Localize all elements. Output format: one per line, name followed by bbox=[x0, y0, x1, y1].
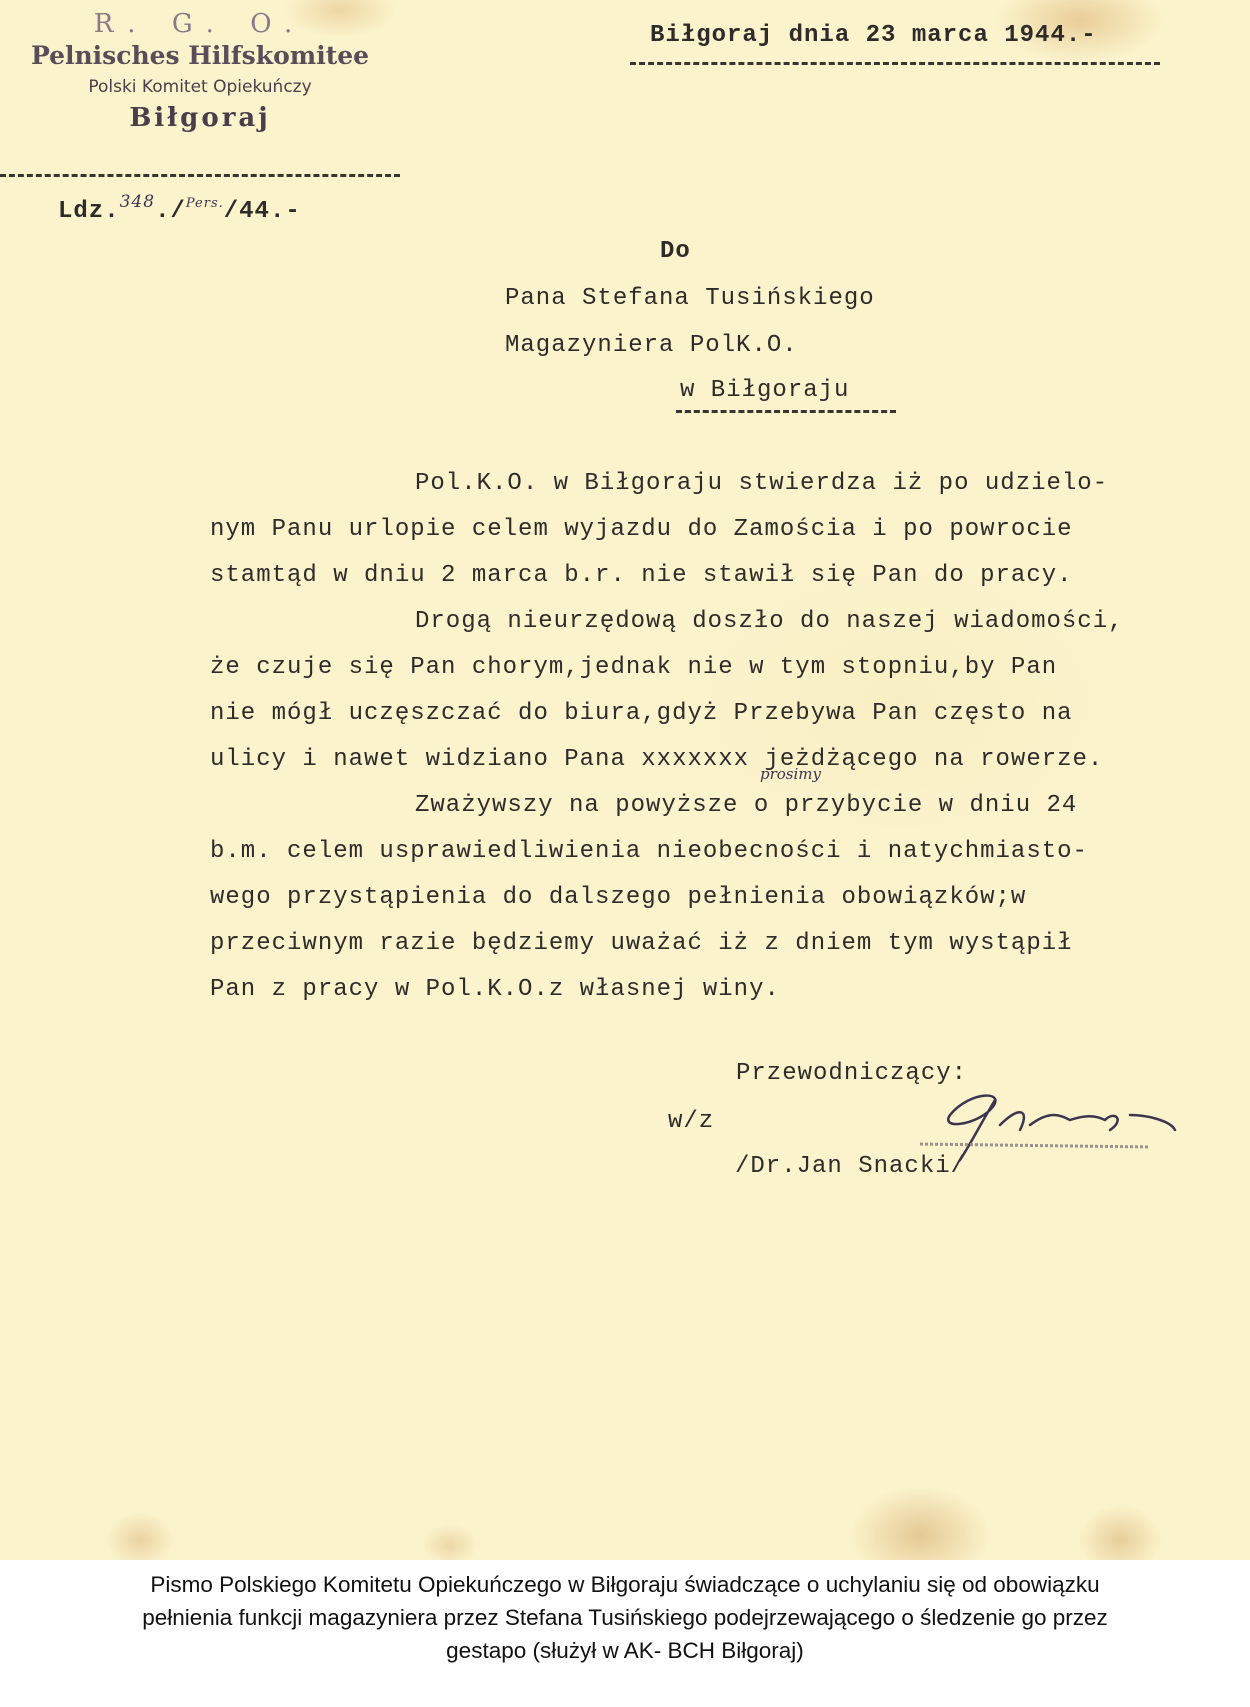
addressee-role: Magazyniera PolK.O. bbox=[505, 332, 798, 359]
body-line: Pol.K.O. w Biłgoraju stwierdza iż po udz… bbox=[415, 470, 1108, 497]
signature-icon bbox=[920, 1085, 1220, 1165]
stamp-line-rgo: R. G. O. bbox=[10, 8, 390, 40]
reference-number: Ldz.348./Pers./44.- bbox=[58, 198, 301, 225]
image-caption: Pismo Polskiego Komitetu Opiekuńczego w … bbox=[0, 1568, 1250, 1667]
stamp-line-polish: Polski Komitet Opiekuńczy bbox=[10, 72, 390, 102]
stamp-line-german: Pelnisches Hilfskomitee bbox=[10, 40, 390, 72]
caption-line: gestapo (służył w AK- BCH Biłgoraj) bbox=[0, 1634, 1250, 1667]
body-line: nym Panu urlopie celem wyjazdu do Zamośc… bbox=[210, 516, 1073, 543]
letter-scan: R. G. O. Pelnisches Hilfskomitee Polski … bbox=[0, 0, 1250, 1560]
body-line: wego przystąpienia do dalszego pełnienia… bbox=[210, 884, 1026, 911]
caption-line: pełnienia funkcji magazyniera przez Stef… bbox=[0, 1601, 1250, 1634]
committee-stamp: R. G. O. Pelnisches Hilfskomitee Polski … bbox=[10, 8, 390, 134]
body-line: stamtąd w dniu 2 marca b.r. nie stawił s… bbox=[210, 562, 1073, 589]
addressee-place: w Biłgoraju bbox=[680, 377, 849, 404]
body-line: b.m. celem usprawiedliwienia nieobecnośc… bbox=[210, 838, 1088, 865]
header-divider-left bbox=[0, 174, 400, 177]
addressee-do: Do bbox=[660, 238, 691, 265]
reference-suffix: /44.- bbox=[224, 198, 301, 225]
stamp-line-city: Biłgoraj bbox=[10, 102, 390, 134]
body-line: przeciwnym razie będziemy uważać iż z dn… bbox=[210, 930, 1073, 957]
reference-sep: ./ bbox=[155, 198, 186, 225]
caption-line: Pismo Polskiego Komitetu Opiekuńczego w … bbox=[0, 1568, 1250, 1601]
reference-prefix: Ldz. bbox=[58, 198, 120, 225]
body-line: Pan z pracy w Pol.K.O.z własnej winy. bbox=[210, 976, 780, 1003]
addressee-name: Pana Stefana Tusińskiego bbox=[505, 285, 875, 312]
addressee-underline bbox=[676, 410, 896, 413]
signature-title: Przewodniczący: bbox=[736, 1060, 967, 1087]
body-line: ulicy i nawet widziano Pana xxxxxxx jeżd… bbox=[210, 746, 1103, 773]
handwritten-insert: prosimy bbox=[760, 765, 821, 783]
body-line: nie mógł uczęszczać do biura,gdyż Przeby… bbox=[210, 700, 1073, 727]
signature-wz: w/z bbox=[668, 1108, 714, 1135]
date-divider bbox=[630, 62, 1160, 65]
place-date: Biłgoraj dnia 23 marca 1944.- bbox=[650, 22, 1097, 49]
body-line: że czuje się Pan chorym,jednak nie w tym… bbox=[210, 654, 1057, 681]
reference-dept-handwritten: Pers. bbox=[186, 196, 224, 211]
body-line: Drogą nieurzędową doszło do naszej wiado… bbox=[415, 608, 1124, 635]
reference-number-handwritten: 348 bbox=[120, 192, 155, 212]
body-line: Zważywszy na powyższe o przybycie w dniu… bbox=[415, 792, 1077, 819]
